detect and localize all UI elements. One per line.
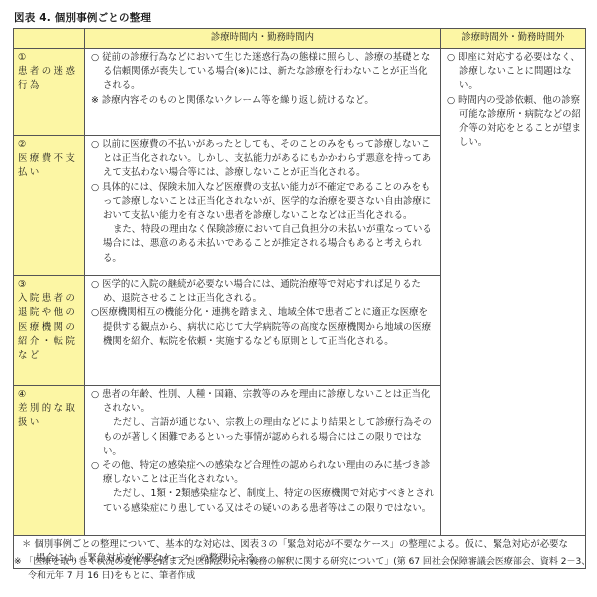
indent-item: また、特段の理由なく保険診療において自己負担分の未払いが重なっている場合には、悪… [89,223,436,266]
bullet-item: ○ 時間内の受診依頼、他の診察可能な診療所・病院などの紹介等の対応をとることが望… [445,94,581,151]
row-number: ① [18,51,80,65]
category-cell: ③ 入院患者の退院や他の医療機関の紹介・転院など [14,276,85,386]
indent-item: ただし、言語が通じない、宗教上の理由などにより結果として診療行為そのものが著しく… [89,416,436,459]
header-row: 診療時間内・勤務時間内 診療時間外・勤務時間外 [14,29,586,49]
bullet-item: ○ その他、特定の感染症への感染など合理性の認められない理由のみに基づき診療しな… [89,459,436,487]
within-hours-cell: ○ 患者の年齢、性別、人種・国籍、宗教等のみを理由に診療しないことは正当化されな… [85,386,441,536]
header-blank [14,29,85,49]
bullet-item: ○ 医学的に入院の継続が必要ない場合には、通院治療等で対応すれば足りるため、退院… [89,278,436,306]
bullet-item: ○ 以前に医療費の不払いがあったとしても、そのことのみをもって診療しないことは正… [89,138,436,181]
note-item: ※ 診療内容そのものと関係ないクレーム等を繰り返し続けるなど。 [89,94,436,108]
figure-title: 図表 4. 個別事例ごとの整理 [14,10,151,25]
bullet-item: ○ 即座に対応する必要はなく、診療しないことに問題はない。 [445,51,581,94]
table-row-1: ① 患者の迷惑行為 ○ 従前の診療行為などにおいて生じた迷惑行為の態様に照らし、… [14,49,586,136]
category-label: 差別的な取扱い [18,403,77,428]
source-note: ※ 「医療を取り巻く状況の変化等を踏まえた医師法の応召義務の解釈に関する研究につ… [14,556,597,583]
category-label: 医療費不支払い [18,153,77,178]
row-number: ③ [18,278,80,292]
bullet-item: ○ 従前の診療行為などにおいて生じた迷惑行為の態様に照らし、診療の基礎となる信頼… [89,51,436,94]
bullet-item: ○ 具体的には、保険未加入など医療費の支払い能力が不確定であることのみをもって診… [89,181,436,224]
bullet-item: ○医療機関相互の機能分化・連携を踏まえ、地域全体で患者ごとに適正な医療を提供する… [89,306,436,349]
header-within-hours: 診療時間内・勤務時間内 [85,29,441,49]
within-hours-cell: ○ 以前に医療費の不払いがあったとしても、そのことのみをもって診療しないことは正… [85,136,441,276]
row-number: ④ [18,388,80,402]
category-cell: ④ 差別的な取扱い [14,386,85,536]
bullet-item: ○ 患者の年齢、性別、人種・国籍、宗教等のみを理由に診療しないことは正当化されな… [89,388,436,416]
within-hours-cell: ○ 医学的に入院の継続が必要ない場合には、通院治療等で対応すれば足りるため、退院… [85,276,441,386]
within-hours-cell: ○ 従前の診療行為などにおいて生じた迷惑行為の態様に照らし、診療の基礎となる信頼… [85,49,441,136]
indent-item: ただし、1類・2類感染症など、制度上、特定の医療機関で対応すべきとされている感染… [89,487,436,515]
outside-hours-cell: ○ 即座に対応する必要はなく、診療しないことに問題はない。 ○ 時間内の受診依頼… [441,49,586,536]
category-label: 患者の迷惑行為 [18,66,77,91]
category-cell: ① 患者の迷惑行為 [14,49,85,136]
row-number: ② [18,138,80,152]
category-label: 入院患者の退院や他の医療機関の紹介・転院など [18,293,77,361]
category-cell: ② 医療費不支払い [14,136,85,276]
header-outside-hours: 診療時間外・勤務時間外 [441,29,586,49]
case-table: 診療時間内・勤務時間内 診療時間外・勤務時間外 ① 患者の迷惑行為 ○ 従前の診… [13,28,586,569]
